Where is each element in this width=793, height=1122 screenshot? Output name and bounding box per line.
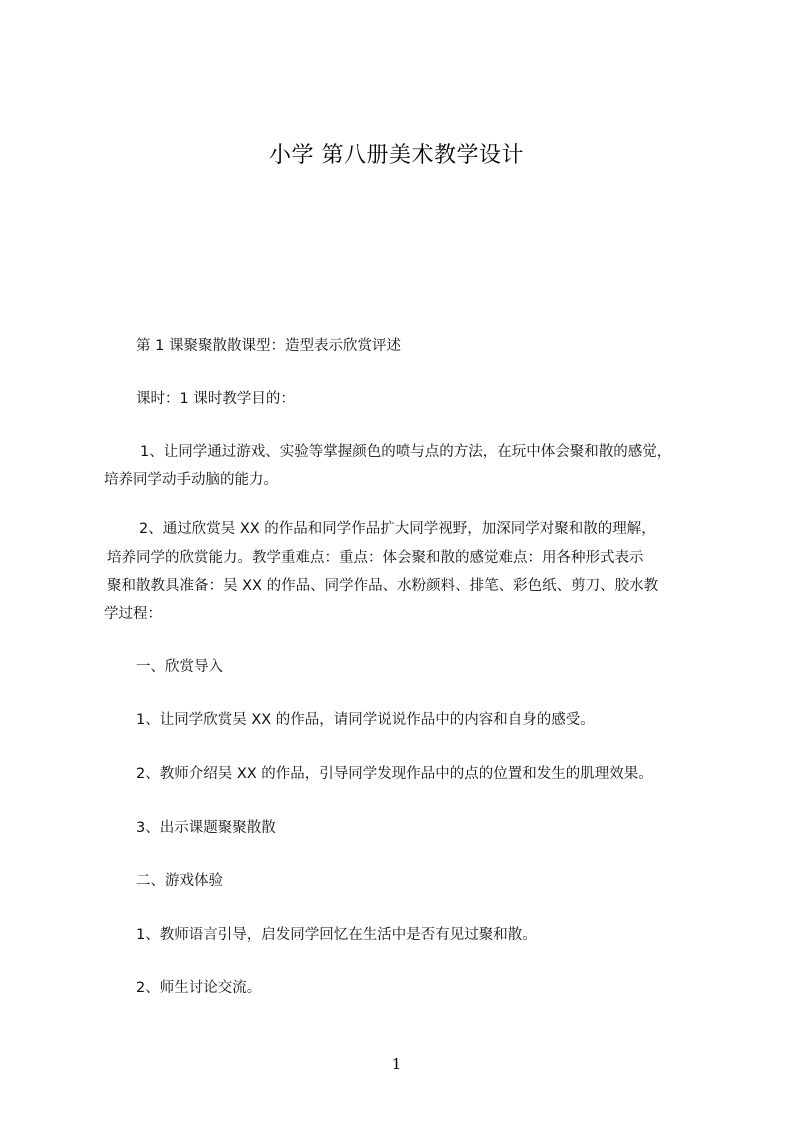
paragraph-line: 第 1 课聚聚散散课型：造型表示欣赏评述 (136, 336, 401, 356)
paragraph-line: 培养同学的欣赏能力。教学重难点：重点：体会聚和散的感觉难点：用各种形式表示 (107, 548, 644, 568)
paragraph-line: 1、让同学欣赏吴 XX 的作品，请同学说说作品中的内容和自身的感受。 (136, 710, 595, 730)
page-number: 1 (0, 1055, 793, 1073)
paragraph-line: 3、出示课题聚聚散散 (136, 818, 276, 838)
paragraph-line: 聚和散教具准备：吴 XX 的作品、同学作品、水粉颜料、排笔、彩色纸、剪刀、胶水教 (107, 576, 658, 596)
paragraph-line: 培养同学动手动脑的能力。 (104, 470, 278, 490)
paragraph-line: 2、通过欣赏吴 XX 的作品和同学作品扩大同学视野，加深同学对聚和散的理解， (139, 519, 656, 539)
paragraph-line: 二、游戏体验 (136, 871, 223, 891)
paragraph-line: 1、让同学通过游戏、实验等掌握颜色的喷与点的方法，在玩中体会聚和散的感觉， (140, 442, 671, 462)
paragraph-line: 学过程： (104, 604, 162, 624)
paragraph-line: 课时：1 课时教学目的： (136, 389, 295, 409)
paragraph-line: 一、欣赏导入 (136, 657, 223, 677)
paragraph-line: 2、教师介绍吴 XX 的作品，引导同学发现作品中的点的位置和发生的肌理效果。 (136, 764, 653, 784)
document-title: 小学 第八册美术教学设计 (0, 141, 793, 171)
paragraph-line: 1、教师语言引导，启发同学回忆在生活中是否有见过聚和散。 (136, 925, 537, 945)
paragraph-line: 2、师生讨论交流。 (136, 978, 261, 998)
